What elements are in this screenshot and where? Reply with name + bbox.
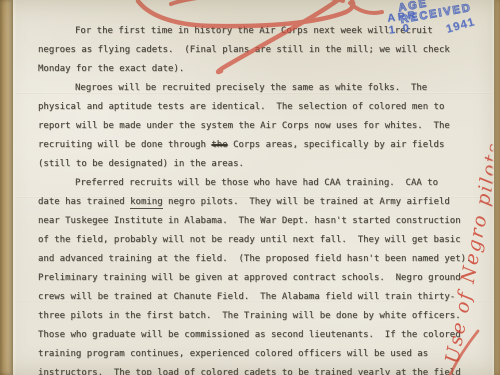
typed-segment: date has trained: [38, 197, 130, 207]
typed-segment: For the first time in history the Air Co…: [75, 26, 433, 36]
typed-line: near Tuskegee Institute in Alabama. The …: [38, 212, 478, 231]
red-circle-mark-upper: [171, 0, 343, 4]
typed-segment: of the field, probably will not be ready…: [38, 235, 461, 245]
typed-segment: negro pilots. They will be trained at Ar…: [163, 197, 450, 207]
typed-line: date has trained koming negro pilots. Th…: [38, 193, 478, 212]
page-left-edge: [0, 0, 13, 375]
typed-line: negroes as flying cadets. (Final plans a…: [38, 41, 478, 60]
typed-line: crews will be trained at Chanute Field. …: [38, 288, 478, 307]
typed-segment: Preferred recruits will be those who hav…: [75, 178, 438, 188]
typed-line: of the field, probably will not be ready…: [38, 231, 478, 250]
typed-segment: (still to be designated) in the areas.: [38, 159, 244, 169]
struck-word: the: [211, 140, 227, 150]
typed-line: physical and aptitude tests are identica…: [38, 98, 478, 117]
typed-segment: three pilots in the first batch. The Tra…: [38, 311, 461, 321]
underlined-word: koming: [130, 197, 163, 209]
typed-line: Preferred recruits will be those who hav…: [38, 174, 478, 193]
typed-line: (still to be designated) in the areas.: [38, 155, 478, 174]
page-right-edge: [494, 0, 500, 375]
typed-segment: crews will be trained at Chanute Field. …: [38, 292, 455, 302]
typed-segment: training program continues, experienced …: [38, 349, 428, 359]
typed-segment: Negroes will be recruited precisely the …: [75, 83, 427, 93]
typed-line: Negroes will be recruited precisely the …: [38, 79, 478, 98]
typed-line: report will be made under the system the…: [38, 117, 478, 136]
typed-segment: negroes as flying cadets. (Final plans a…: [38, 45, 450, 55]
typed-segment: Corps areas, specifically by air fields: [228, 140, 445, 150]
typed-line: training program continues, experienced …: [38, 345, 478, 364]
typed-line: instructors. The top load of colored cad…: [38, 364, 478, 375]
page-edge-highlight: [13, 0, 17, 375]
typed-segment: physical and aptitude tests are identica…: [38, 102, 444, 112]
document-page: For the first time in history the Air Co…: [0, 0, 500, 375]
typed-line: Preliminary training will be given at ap…: [38, 269, 478, 288]
typed-segment: report will be made under the system the…: [38, 121, 450, 131]
typed-line: and advanced training at the field. (The…: [38, 250, 478, 269]
typed-segment: Those who graduate will be commissioned …: [38, 330, 461, 340]
typed-text: For the first time in history the Air Co…: [38, 22, 478, 375]
typed-line: recruiting will be done through the Corp…: [38, 136, 478, 155]
typed-segment: recruiting will be done through: [38, 140, 211, 150]
typed-line: three pilots in the first batch. The Tra…: [38, 307, 478, 326]
typed-line: Those who graduate will be commissioned …: [38, 326, 478, 345]
typed-segment: and advanced training at the field. (The…: [38, 254, 471, 264]
typed-segment: near Tuskegee Institute in Alabama. The …: [38, 216, 461, 226]
typed-segment: Preliminary training will be given at ap…: [38, 273, 461, 283]
typed-line: For the first time in history the Air Co…: [38, 22, 478, 41]
typed-line: Monday for the exact date).: [38, 60, 478, 79]
typed-segment: instructors. The top load of colored cad…: [38, 368, 461, 375]
typed-segment: Monday for the exact date).: [38, 64, 184, 74]
red-tail-mark: [350, 3, 382, 13]
